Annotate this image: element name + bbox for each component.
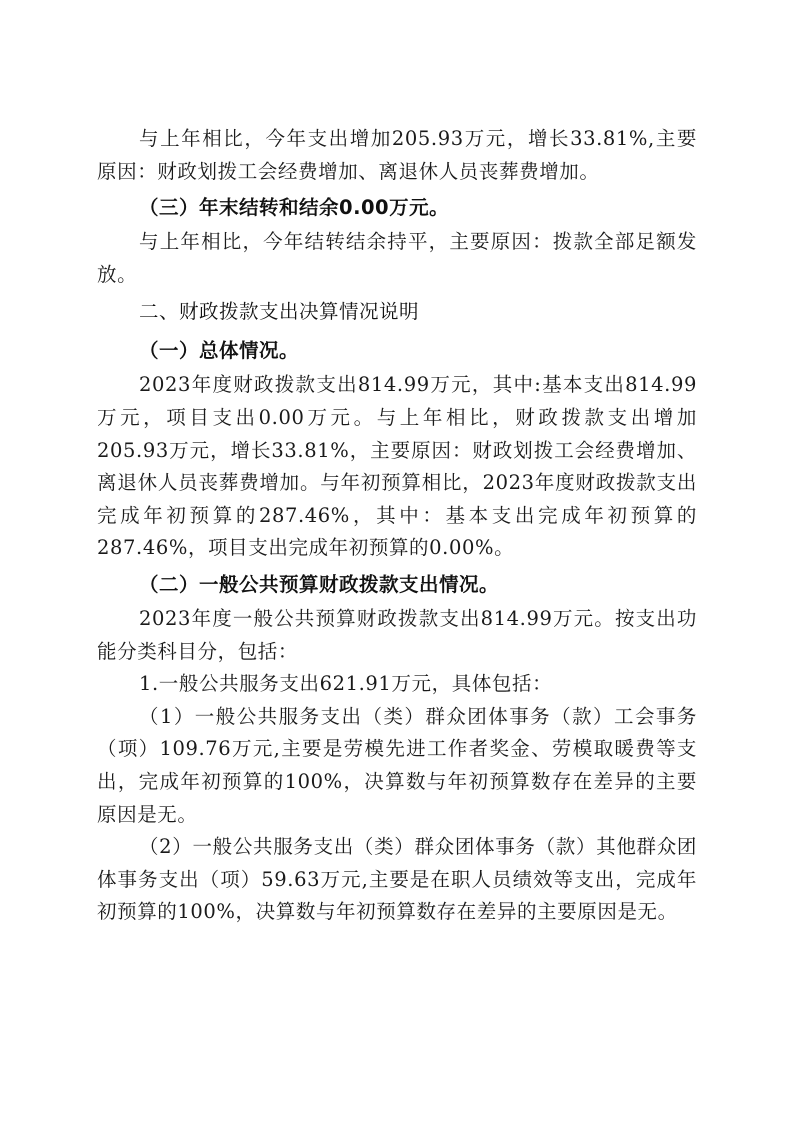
list-item-general-public-services: 1.一般公共服务支出621.91万元，具体包括： xyxy=(97,668,697,701)
paragraph-overall-situation: 2023年度财政拨款支出814.99万元，其中:基本支出814.99万元，项目支… xyxy=(97,369,697,565)
section-heading-fiscal-appropriation: 二、财政拨款支出决算情况说明 xyxy=(97,293,697,331)
paragraph-general-public-budget: 2023年度一般公共预算财政拨款支出814.99万元。按支出功能分类科目分，包括… xyxy=(97,603,697,668)
heading-overall-situation: （一）总体情况。 xyxy=(97,333,697,369)
list-item-other-mass-organization-affairs: （2）一般公共服务支出（类）群众团体事务（款）其他群众团体事务支出（项）59.6… xyxy=(97,831,697,929)
list-item-union-affairs: （1）一般公共服务支出（类）群众团体事务（款）工会事务（项）109.76万元,主… xyxy=(97,701,697,831)
heading-general-public-budget: （二）一般公共预算财政拨款支出情况。 xyxy=(97,567,697,603)
heading-year-end-balance: （三）年末结转和结余0.00万元。 xyxy=(97,190,697,226)
document-page: 与上年相比，今年支出增加205.93万元，增长33.81%,主要原因：财政划拨工… xyxy=(97,123,697,929)
paragraph-expense-change: 与上年相比，今年支出增加205.93万元，增长33.81%,主要原因：财政划拨工… xyxy=(97,123,697,188)
paragraph-balance-change: 与上年相比，今年结转结余持平，主要原因：拨款全部足额发放。 xyxy=(97,226,697,291)
